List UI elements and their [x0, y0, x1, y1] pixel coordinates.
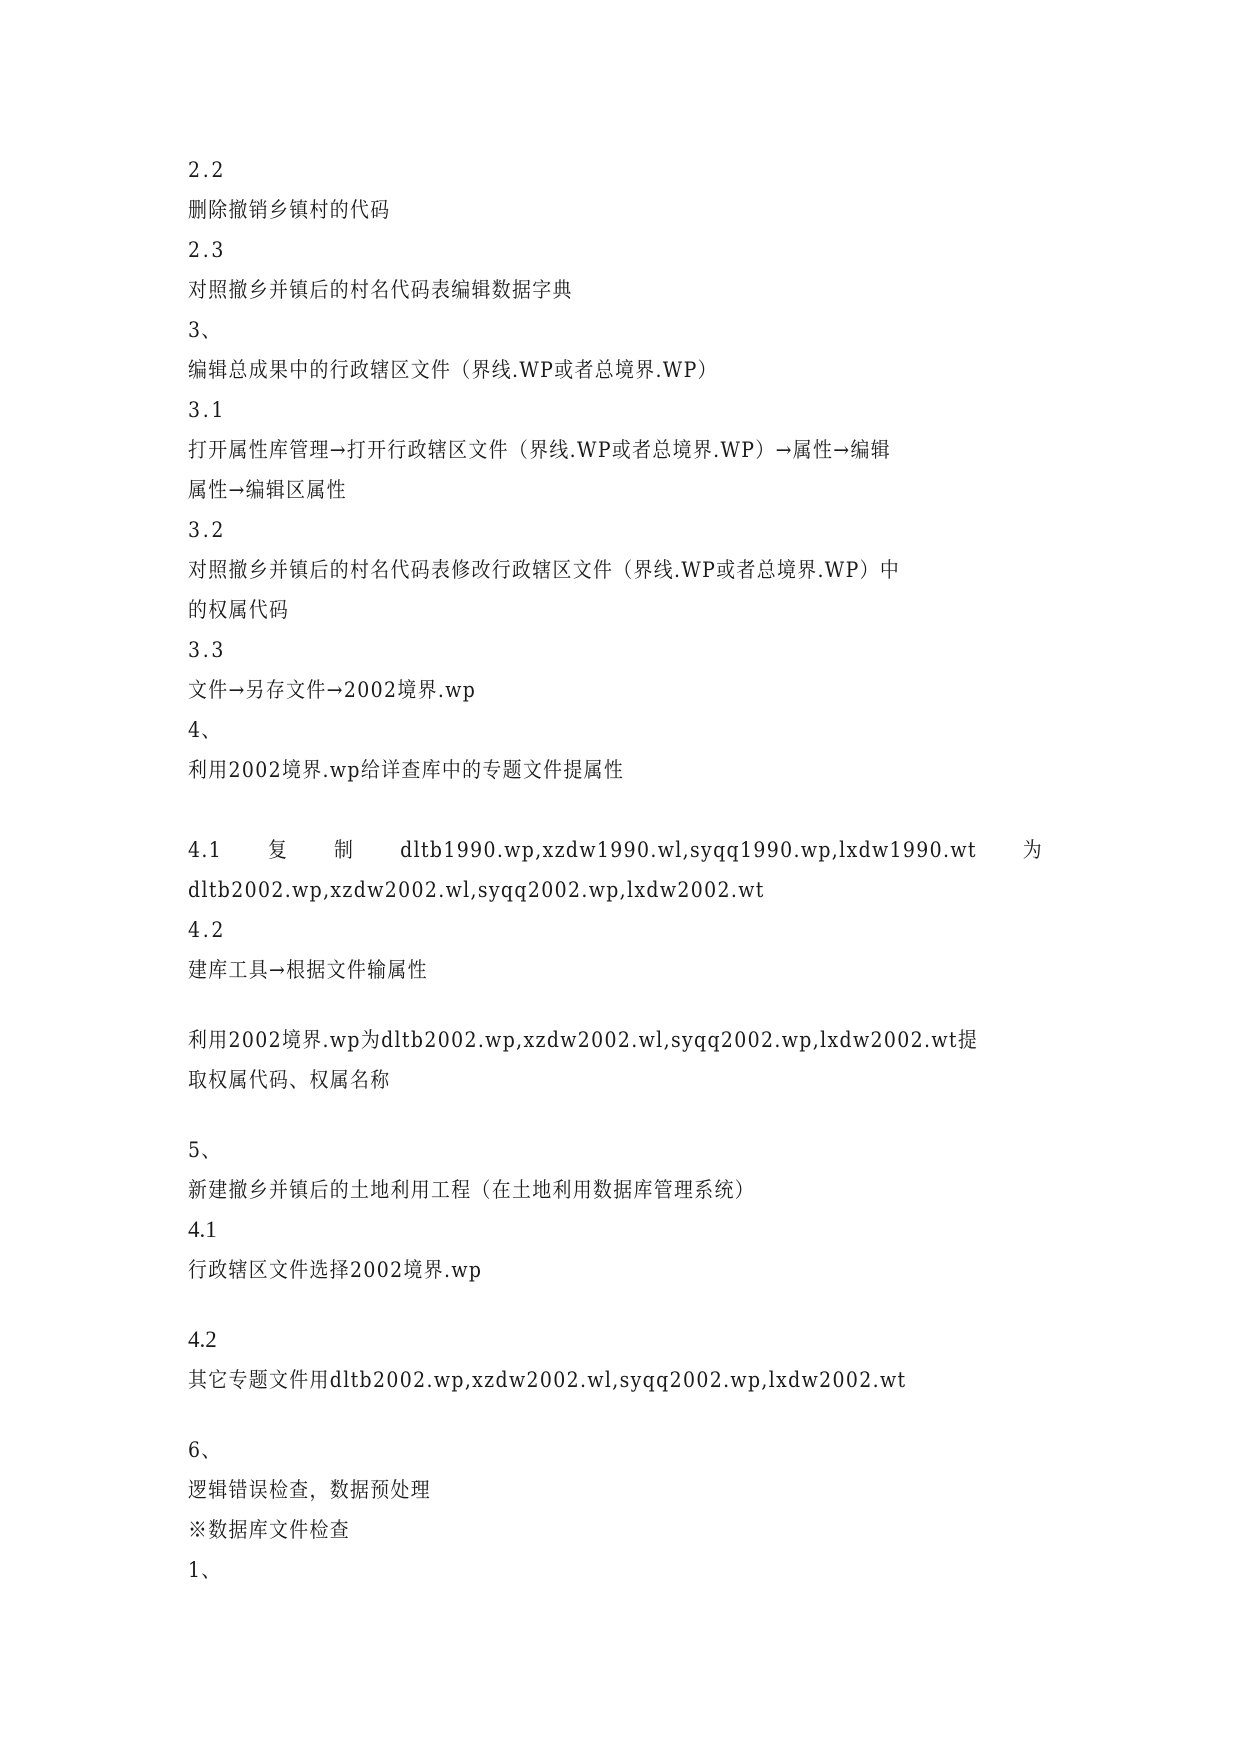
word-copy-1: 复 [268, 835, 288, 865]
file-list-2002: dltb2002.wp,xzdw2002.wl,syqq2002.wp,lxdw… [188, 875, 962, 905]
file-list-1990: dltb1990.wp,xzdw1990.wl,syqq1990.wp,lxdw… [400, 835, 977, 865]
paragraph-text: 属性→编辑区属性 [188, 475, 962, 505]
paragraph-text: 对照撤乡并镇后的村名代码表编辑数据字典 [188, 275, 962, 305]
paragraph-text: 其它专题文件用dltb2002.wp,xzdw2002.wl,syqq2002.… [188, 1365, 962, 1395]
paragraph-text: 建库工具→根据文件输属性 [188, 955, 962, 985]
section-number-4-2: 4.2 [188, 915, 962, 945]
paragraph-text: 对照撤乡并镇后的村名代码表修改行政辖区文件（界线.WP或者总境界.WP）中 [188, 555, 962, 585]
paragraph-text: 利用2002境界.wp给详查库中的专题文件提属性 [188, 755, 962, 785]
word-as: 为 [1023, 835, 1043, 865]
paragraph-text: 文件→另存文件→2002境界.wp [188, 675, 962, 705]
paragraph-text: 新建撤乡并镇后的土地利用工程（在土地利用数据库管理系统） [188, 1175, 962, 1205]
paragraph-copy-files: 4.1 复 制 dltb1990.wp,xzdw1990.wl,syqq1990… [188, 835, 1043, 865]
section-number-4-1: 4.1 [188, 835, 222, 865]
paragraph-text: 逻辑错误检查，数据预处理 [188, 1475, 962, 1505]
section-number-4-1-b: 4.1 [188, 1215, 1048, 1245]
section-number-3-2: 3.2 [188, 515, 962, 545]
section-heading-5: 5、 [188, 1135, 962, 1165]
paragraph-text: 打开属性库管理→打开行政辖区文件（界线.WP或者总境界.WP）→属性→编辑 [188, 435, 962, 465]
section-heading-6: 6、 [188, 1435, 962, 1465]
list-number-1: 1、 [188, 1555, 962, 1585]
section-heading-4: 4、 [188, 715, 962, 745]
paragraph-text: 取权属代码、权属名称 [188, 1065, 962, 1095]
document-page: 2.2 删除撤销乡镇村的代码 2.3 对照撤乡并镇后的村名代码表编辑数据字典 3… [0, 0, 1241, 1754]
paragraph-text: 行政辖区文件选择2002境界.wp [188, 1255, 962, 1285]
note-heading: ※数据库文件检查 [188, 1515, 962, 1545]
paragraph-text: 的权属代码 [188, 595, 962, 625]
section-number-2-3: 2.3 [188, 235, 962, 265]
paragraph-text: 利用2002境界.wp为dltb2002.wp,xzdw2002.wl,syqq… [188, 1025, 962, 1055]
section-heading-3: 3、 [188, 315, 962, 345]
paragraph-text: 删除撤销乡镇村的代码 [188, 195, 962, 225]
section-number-3-1: 3.1 [188, 395, 962, 425]
section-number-2-2: 2.2 [188, 155, 962, 185]
section-number-3-3: 3.3 [188, 635, 962, 665]
word-copy-2: 制 [334, 835, 354, 865]
paragraph-text: 编辑总成果中的行政辖区文件（界线.WP或者总境界.WP） [188, 355, 962, 385]
section-number-4-2-b: 4.2 [188, 1325, 1048, 1355]
